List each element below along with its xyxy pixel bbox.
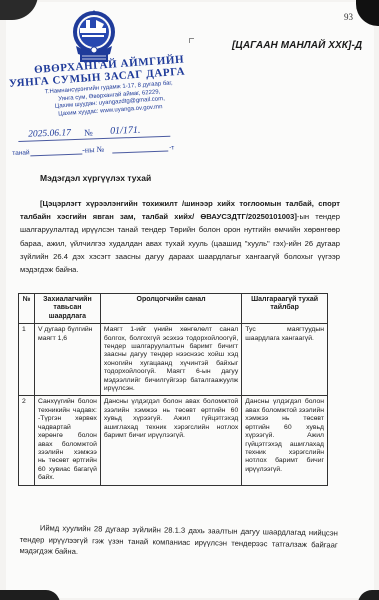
row-offer: Дансны үлдэгдэл болон авах боломжтой зээ… <box>100 396 241 485</box>
header-no: № <box>19 294 35 324</box>
suffix-label: -т <box>169 144 174 151</box>
tender-reference: [Цэцэрлэгт хүрээлэнгийн тохижилт /шинээр… <box>20 199 340 221</box>
row-no: 2 <box>19 396 35 485</box>
body-paragraph: [Цэцэрлэгт хүрээлэнгийн тохижилт /шинээр… <box>20 197 340 276</box>
header-offer: Оролцогчийн санал <box>100 294 241 324</box>
state-emblem-icon <box>66 6 122 66</box>
of-number-label: -ны № <box>82 145 104 155</box>
scan-shadow-bottom-right <box>358 590 379 600</box>
letter-number: 01/171. <box>110 125 141 137</box>
row-requirement: V дугаар бүлгийн маягт 1,6 <box>34 324 100 396</box>
address-bracket-mark <box>189 38 194 43</box>
blank-line <box>30 154 82 157</box>
recipient: [ЦАГААН МАНЛАЙ ХХК]-Д <box>232 40 362 51</box>
scan-shadow-top-left <box>0 0 38 20</box>
table-header-row: № Захиалагчийн тавьсан шаардлага Оролцог… <box>19 294 328 324</box>
scan-shadow-top-right <box>356 0 379 26</box>
subject-heading: Мэдэгдэл хүргүүлэх тухай <box>40 173 151 183</box>
row-no: 1 <box>19 324 35 396</box>
body-text: -ын тендер шалгаруулалтад ирүүлсэн танай… <box>20 212 340 274</box>
row-offer: Маягт 1-ийг үнийн хөнгөлөлт санал болгох… <box>100 324 241 396</box>
header-note: Шалгараагүй тухай тайлбар <box>242 294 328 324</box>
number-label: № <box>84 127 93 137</box>
row-note: Дансны үлдэгдэл болон авах боломжтой зээ… <box>242 396 328 485</box>
table-row: 2 Санхүүгийн болон техникийн чадавх: -Тү… <box>19 396 328 485</box>
letter-date: 2025.06.17 <box>28 128 71 139</box>
letter-page: 93 [ЦАГААН МАНЛАЙ ХХК]-Д ӨВӨРХАНГАЙ АЙМГ… <box>6 2 374 598</box>
header-requirement: Захиалагчийн тавьсан шаардлага <box>34 294 100 324</box>
closing-paragraph: Иймд хуулийн 28 дугаар зүйлийн 28.1.3 да… <box>19 522 338 562</box>
row-note: Тус маягтуудын шаардлага хангаагүй. <box>242 324 328 396</box>
table-row: 1 V дугаар бүлгийн маягт 1,6 Маягт 1-ийг… <box>19 324 328 396</box>
scan-shadow-bottom-left <box>0 590 60 600</box>
organization-stamp: ӨВӨРХАНГАЙ АЙМГИЙН УЯНГА СУМЫН ЗАСАГ ДАР… <box>6 53 189 121</box>
your-label: танай <box>12 149 30 157</box>
row-requirement: Санхүүгийн болон техникийн чадавх: -Түрг… <box>34 396 100 485</box>
requirements-table: № Захиалагчийн тавьсан шаардлага Оролцог… <box>18 293 328 486</box>
blank-line <box>112 151 168 154</box>
closing-text: Иймд хуулийн 28 дугаар зүйлийн 28.1.3 да… <box>19 523 338 556</box>
page-number: 93 <box>344 12 353 22</box>
